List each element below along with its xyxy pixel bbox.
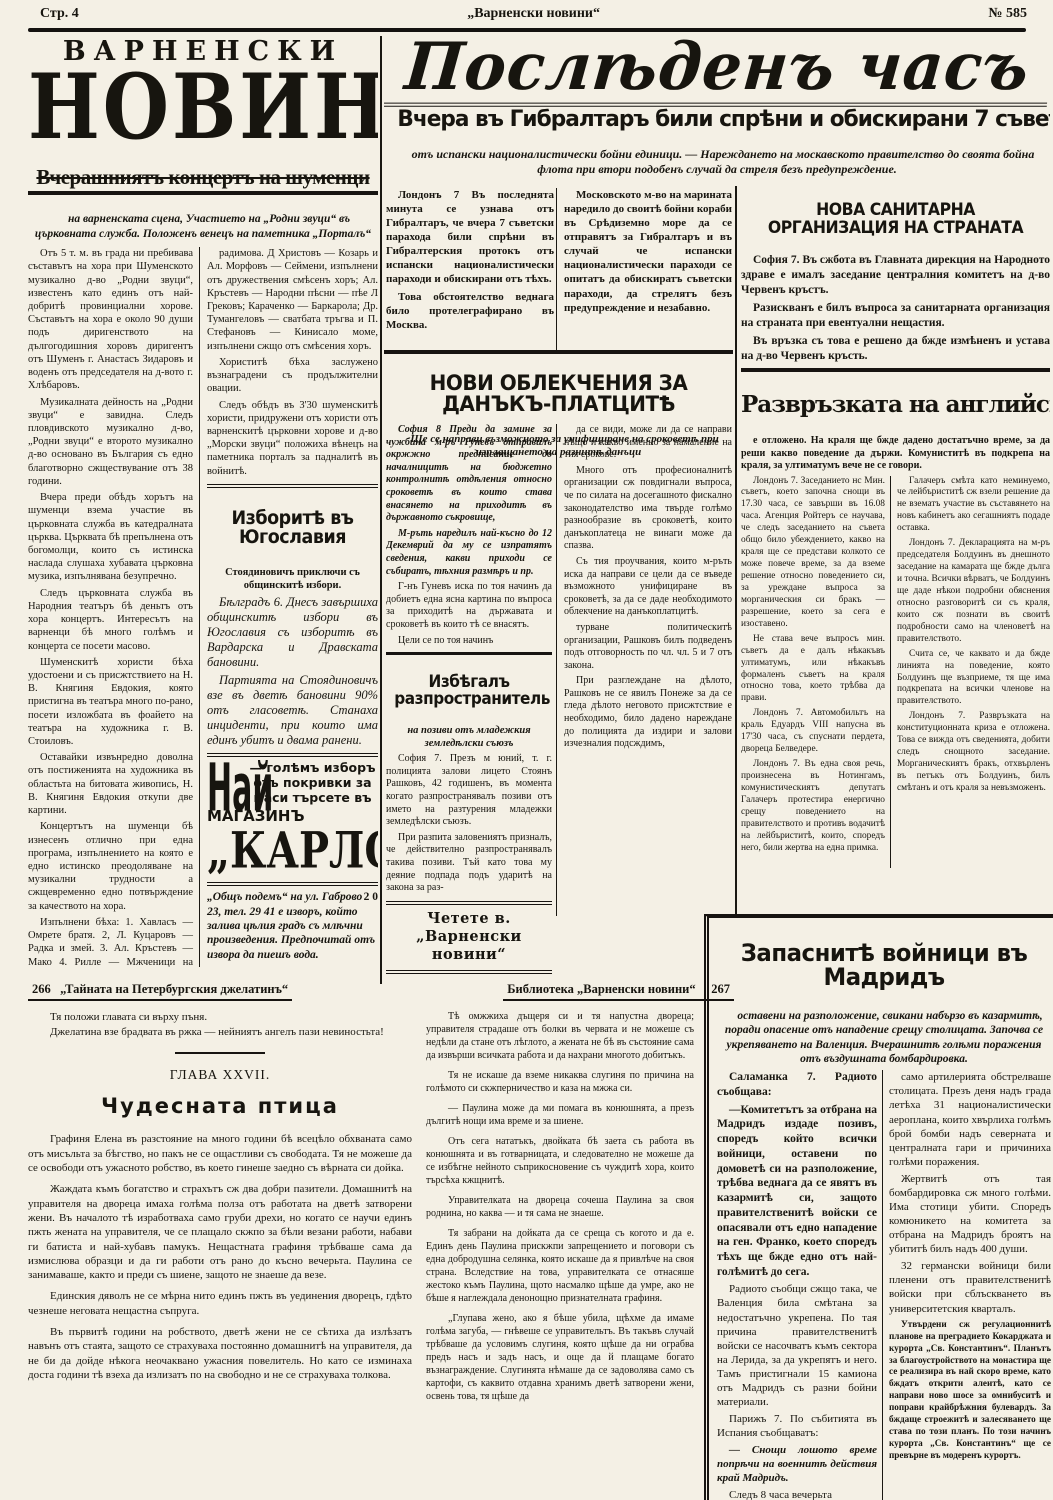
header-rule	[28, 28, 1026, 32]
paragraph: Вчера преди обѣдъ хорътъ на шуменци взем…	[28, 491, 193, 584]
last-hour-section: Послѣденъ часъ Вчера въ Гибралтаръ били …	[384, 34, 1050, 184]
concert-column-1: Отъ 5 т. м. въ града ни пребивава състав…	[28, 247, 200, 967]
paragraph: само артилерията обстрелваше столицата. …	[889, 1070, 1051, 1169]
podem-ad-text: „Общъ подемъ“ на ул. Габрово 23, тел. 29…	[207, 891, 375, 961]
paragraph: Следъ обѣдъ въ 3'30 шуменскитѣ хористи, …	[207, 399, 378, 478]
paragraph: Следъ 8 часа вечерьта	[717, 1488, 877, 1500]
paragraph: Тя не искаше да вземе никаква слугиня по…	[426, 1069, 694, 1095]
paragraph: Много отъ професионалнитѣ организации сж…	[564, 465, 732, 553]
paragraph: Хориститѣ бѣха заслужено възнаградени съ…	[207, 356, 378, 396]
serial-library: Библиотека „Варненски новини“	[507, 982, 695, 996]
paragraph: Не става вече въпросъ мин. съветъ да е д…	[741, 634, 885, 706]
paragraph: Московското м-во на марината наредило до…	[564, 188, 732, 315]
concert-columns: Отъ 5 т. м. въ града ни пребивава състав…	[28, 247, 378, 967]
page-header: Стр. 4 „Варненски новини“ № 585	[40, 6, 1027, 22]
gibraltar-column-2: Московското м-во на марината наредило до…	[556, 188, 732, 352]
paragraph: София 8 Преди да замине за чужбина м-ръ …	[386, 424, 552, 525]
paragraph: —Комитетътъ за отбрана на Мадридъ издаде…	[717, 1103, 877, 1280]
right-section: НОВА САНИТАРНА ОРГАНИЗАЦИЯ НА СТРАНАТА С…	[741, 184, 1050, 916]
fugitive-column-2: турване политическитѣ организации, Рашко…	[564, 622, 732, 751]
gibraltar-headline: Вчера въ Гибралтаръ били спрѣни и обиски…	[397, 108, 1036, 132]
serial-novel: Тя положи главата си върху пъня.Джелатин…	[28, 1010, 694, 1500]
paragraph: — Паулина може да ми помага въ конюшнята…	[426, 1102, 694, 1128]
paragraph: Отъ сега нататъкъ, двойката бѣ заета съ …	[426, 1135, 694, 1187]
paragraph: Управителката на двореца сочеша Паулина …	[426, 1194, 694, 1220]
paragraph: Саламанка 7. Радиото съобщава:	[717, 1070, 877, 1099]
paragraph: Въ връзка съ това е решено да бжде измѣн…	[741, 334, 1050, 364]
concert-column-2-text: радимова. Д Христовъ — Козарь и Ал. Морф…	[207, 247, 378, 478]
paragraph: Музикалната дейность на „Родни звуци“ е …	[28, 396, 193, 489]
paragraph: Шуменскитѣ хористи бѣха удостоени и съ п…	[28, 656, 193, 749]
newspaper-page: Стр. 4 „Варненски новини“ № 585 ВАРНЕНСК…	[0, 0, 1053, 1500]
gibraltar-subhead: отъ испански националистически бойни еди…	[384, 147, 1050, 177]
left-section: ВАРНЕНСКИ НОВИНИ Вчерашниятъ концертъ на…	[28, 38, 378, 990]
paragraph: радимова. Д Христовъ — Козарь и Ал. Морф…	[207, 247, 378, 353]
running-title: „Варненски новини“	[467, 6, 600, 22]
concert-column-2: радимова. Д Христовъ — Козарь и Ал. Морф…	[200, 247, 378, 967]
page-number: Стр. 4	[40, 6, 79, 22]
madrid-column-2: само артилерията обстрелваше столицата. …	[883, 1070, 1051, 1500]
paragraph: да се види, може ли да се направи нѣщо и…	[564, 424, 732, 462]
serial-divider	[175, 1052, 265, 1054]
serial-column-1: Тя положи главата си върху пъня.Джелатин…	[28, 1010, 426, 1500]
paragraph: 32 германски войници били пленени отъ пр…	[889, 1259, 1051, 1315]
crisis-headline: Развръзката на английската криза	[741, 393, 1050, 416]
paragraph: Бѣлградъ 6. Днесъ завършиха общинскитѣ и…	[207, 595, 378, 670]
paragraph: Тя положи главата си върху пъня.	[28, 1010, 412, 1024]
madrid-headline: Запаснитѣ войници въ Мадридъ	[725, 941, 1042, 989]
karlovo-ad-store-name: „КАРЛОВО“	[207, 826, 378, 891]
madrid-column-1: Саламанка 7. Радиото съобщава:—Комитетът…	[717, 1070, 883, 1500]
paragraph: София 7. Въ сжбота въ Главната дирекция …	[741, 253, 1050, 298]
paragraph: Концертътъ на шуменци бѣ изнесенъ отличн…	[28, 820, 193, 913]
promo-text: Четете в. „Варненски новини“	[416, 910, 522, 964]
gibraltar-column-1: Лондонъ 7 Въ последнята минута се узнава…	[386, 188, 554, 352]
podem-ad-number: 2 0	[364, 890, 378, 904]
paragraph: Цели се по тоя начинъ	[386, 635, 552, 648]
paragraph: Лондонъ 7 Въ последнята минута се узнава…	[386, 188, 554, 287]
serial-chapter: ГЛАВА XXVII.	[28, 1066, 412, 1084]
fugitive-subhead: на позиви отъ младежкия земледѣлски съюз…	[386, 725, 552, 750]
paragraph: Въ първитѣ години на робството, дветѣ же…	[28, 1325, 412, 1382]
karlovo-ad: Най — голѣмъ изборъ отъ покривки за маси…	[207, 753, 378, 886]
serial-page-right: 267	[711, 982, 730, 996]
crisis-subhead: е отложено. На краля ще бжде дадено дост…	[741, 435, 1050, 473]
karlovo-ad-top: Най — голѣмъ изборъ отъ покривки за маси…	[207, 760, 378, 805]
fugitive-article: Избѣгалъ разпространитель на позиви отъ …	[386, 652, 552, 895]
paragraph: „Глупава жено, ако я бѣше убила, щѣхме д…	[426, 1312, 694, 1403]
crisis-columns: Лондонъ 7. Заседанието нс Мин. съветъ, к…	[741, 476, 1050, 868]
paragraph: Това обстоятелство веднага било протелег…	[386, 290, 554, 332]
paragraph: Лондонъ 7. Автомобильтъ на краль Едуардъ…	[741, 708, 885, 756]
last-hour-banner: Послѣденъ часъ	[384, 34, 1050, 107]
crisis-column-2: Галачеръ смѣта като неминуемо, че лейбър…	[891, 476, 1050, 868]
paragraph: Единския дяволъ не се мѣрна нито единъ п…	[28, 1289, 412, 1318]
divider-mid-right	[735, 186, 737, 914]
divider-left-mid	[380, 36, 382, 984]
masthead-line2: НОВИНИ	[28, 65, 378, 174]
concert-subhead: на варненската сцена, Участието на „Родн…	[32, 212, 374, 241]
paragraph: Тя забрани на дойката да се среща съ ког…	[426, 1227, 694, 1305]
paragraph: турване политическитѣ организации, Рашко…	[564, 622, 732, 672]
paragraph: Парижъ 7. По събитията въ Испания съобща…	[717, 1412, 877, 1440]
paragraph: Жаждата къмъ богатство и страхътъ сж два…	[28, 1182, 412, 1282]
paragraph: Лондонъ 7. Развръзката на конституционна…	[897, 711, 1050, 795]
paragraph: Оставайки извънредно доволна отъ постиже…	[28, 751, 193, 817]
serial-column-1-text: Графиня Елена въ разстояние на много год…	[28, 1132, 412, 1382]
paragraph: Съ тия проучвания, които м-ръть иска да …	[564, 556, 732, 619]
madrid-subhead: оставени на разположение, свикани набърз…	[717, 1009, 1051, 1067]
mid-column-left: София 8 Преди да замине за чужбина м-ръ …	[386, 424, 552, 986]
paragraph: Жертвитѣ отъ тая бомбардировка сж много …	[889, 1172, 1051, 1256]
paragraph: Графиня Елена въ разстояние на много год…	[28, 1132, 412, 1175]
fugitive-column-1: София 7. Презъ м юний, т. г. полицията з…	[386, 753, 552, 895]
crisis-column-1: Лондонъ 7. Заседанието нс Мин. съветъ, к…	[741, 476, 891, 868]
serial-chapter-title: Чудесната птица	[28, 1093, 412, 1120]
promo-box: Четете в. „Варненски новини“	[386, 901, 552, 974]
paragraph: М-ръть наредилъ най-късно до 12 Декември…	[386, 528, 552, 578]
taxes-column-2: да се види, може ли да се направи нѣщо и…	[564, 424, 732, 619]
crisis-article: Развръзката на английската криза е отлож…	[741, 368, 1050, 868]
fugitive-headline: Избѣгалъ разпространитель	[394, 674, 543, 708]
taxes-column-1: София 8 Преди да замине за чужбина м-ръ …	[386, 424, 552, 647]
paragraph: Утвърдени сж регулационнитѣ планове на п…	[889, 1319, 1051, 1462]
serial-page-left: 266	[32, 982, 51, 996]
paragraph: Отъ 5 т. м. въ града ни пребивава състав…	[28, 247, 193, 392]
yugoslavia-article: Изборитѣ въ Югославия Стоядиновичъ прикл…	[207, 484, 378, 748]
serial-left-head: 266 „Тайната на Петербургския джелатинъ“	[28, 982, 292, 1001]
mid-column-right: да се види, може ли да се направи нѣщо и…	[556, 424, 732, 916]
paragraph: Разискванъ е билъ въпроса за санитарната…	[741, 301, 1050, 331]
paragraph: При разглеждане на дѣлото, Рашковъ не се…	[564, 675, 732, 751]
paragraph: Джелатина взе брадвата въ ржка — нейният…	[28, 1025, 412, 1039]
serial-intro: Тя положи главата си върху пъня.Джелатин…	[28, 1010, 412, 1040]
podem-ad: 2 0 „Общъ подемъ“ на ул. Габрово 23, тел…	[207, 890, 378, 962]
paragraph: Партията на Стоядиновичъ взе въ дветѣ ба…	[207, 673, 378, 748]
yugoslavia-text: Бѣлградъ 6. Днесъ завършиха общинскитѣ и…	[207, 595, 378, 748]
paragraph: Счита се, че каквато и да бжде линията н…	[897, 649, 1050, 709]
paragraph: Лондонъ 7. Заседанието нс Мин. съветъ, к…	[741, 476, 885, 631]
karlovo-ad-bigword: Най	[207, 760, 247, 819]
paragraph: Лондонъ 7. Въ една своя речь, произнесен…	[741, 759, 885, 855]
paragraph: Г-нъ Гуневъ иска по тоя начинъ да добиет…	[386, 581, 552, 631]
serial-column-2: Тѣ омжжиха дъщеря си и тя напустна дворе…	[426, 1010, 694, 1500]
paragraph: Лондонъ 7. Декларацията на м-ръ председа…	[897, 538, 1050, 645]
taxes-headline: НОВИ ОБЛЕКЧЕНИЯ ЗА ДАНЪКЪ-ПЛАТЦИТѢ	[393, 373, 725, 415]
sanitary-headline: НОВА САНИТАРНА ОРГАНИЗАЦИЯ НА СТРАНАТА	[749, 201, 1043, 237]
paragraph: — Снощи лошото време попрѣчи на военнитѣ…	[717, 1443, 877, 1485]
yugoslavia-headline: Изборитѣ въ Югославия	[214, 509, 371, 547]
yugoslavia-subhead: Стоядиновичъ приключи съ общинскитѣ избо…	[207, 566, 378, 592]
paragraph: Галачеръ смѣта като неминуемо, че лейбър…	[897, 476, 1050, 536]
paragraph: При разпита заловениятъ призналъ, че дей…	[386, 832, 552, 895]
paragraph: Тѣ омжжиха дъщеря си и тя напустна дворе…	[426, 1010, 694, 1062]
madrid-columns: Саламанка 7. Радиото съобщава:—Комитетът…	[717, 1070, 1051, 1500]
issue-number: № 585	[988, 6, 1027, 22]
paragraph: София 7. Презъ м юний, т. г. полицията з…	[386, 753, 552, 829]
serial-right-head: Библиотека „Варненски новини“ 267	[503, 982, 734, 1001]
sanitary-text: София 7. Въ сжбота въ Главната дирекция …	[741, 253, 1050, 364]
madrid-article: Запаснитѣ войници въ Мадридъ оставени на…	[704, 914, 1053, 1500]
paragraph: Изпълнени бѣха: 1. Хавласъ — Омрете брат…	[28, 916, 193, 967]
paragraph: Радиото съобщи сжщо така, че Валенция би…	[717, 1282, 877, 1409]
paragraph: Следъ църковната служба въ Народния теат…	[28, 587, 193, 653]
serial-book-title: „Тайната на Петербургския джелатинъ“	[60, 982, 288, 996]
serial-running-heads: 266 „Тайната на Петербургския джелатинъ“…	[28, 982, 734, 1001]
